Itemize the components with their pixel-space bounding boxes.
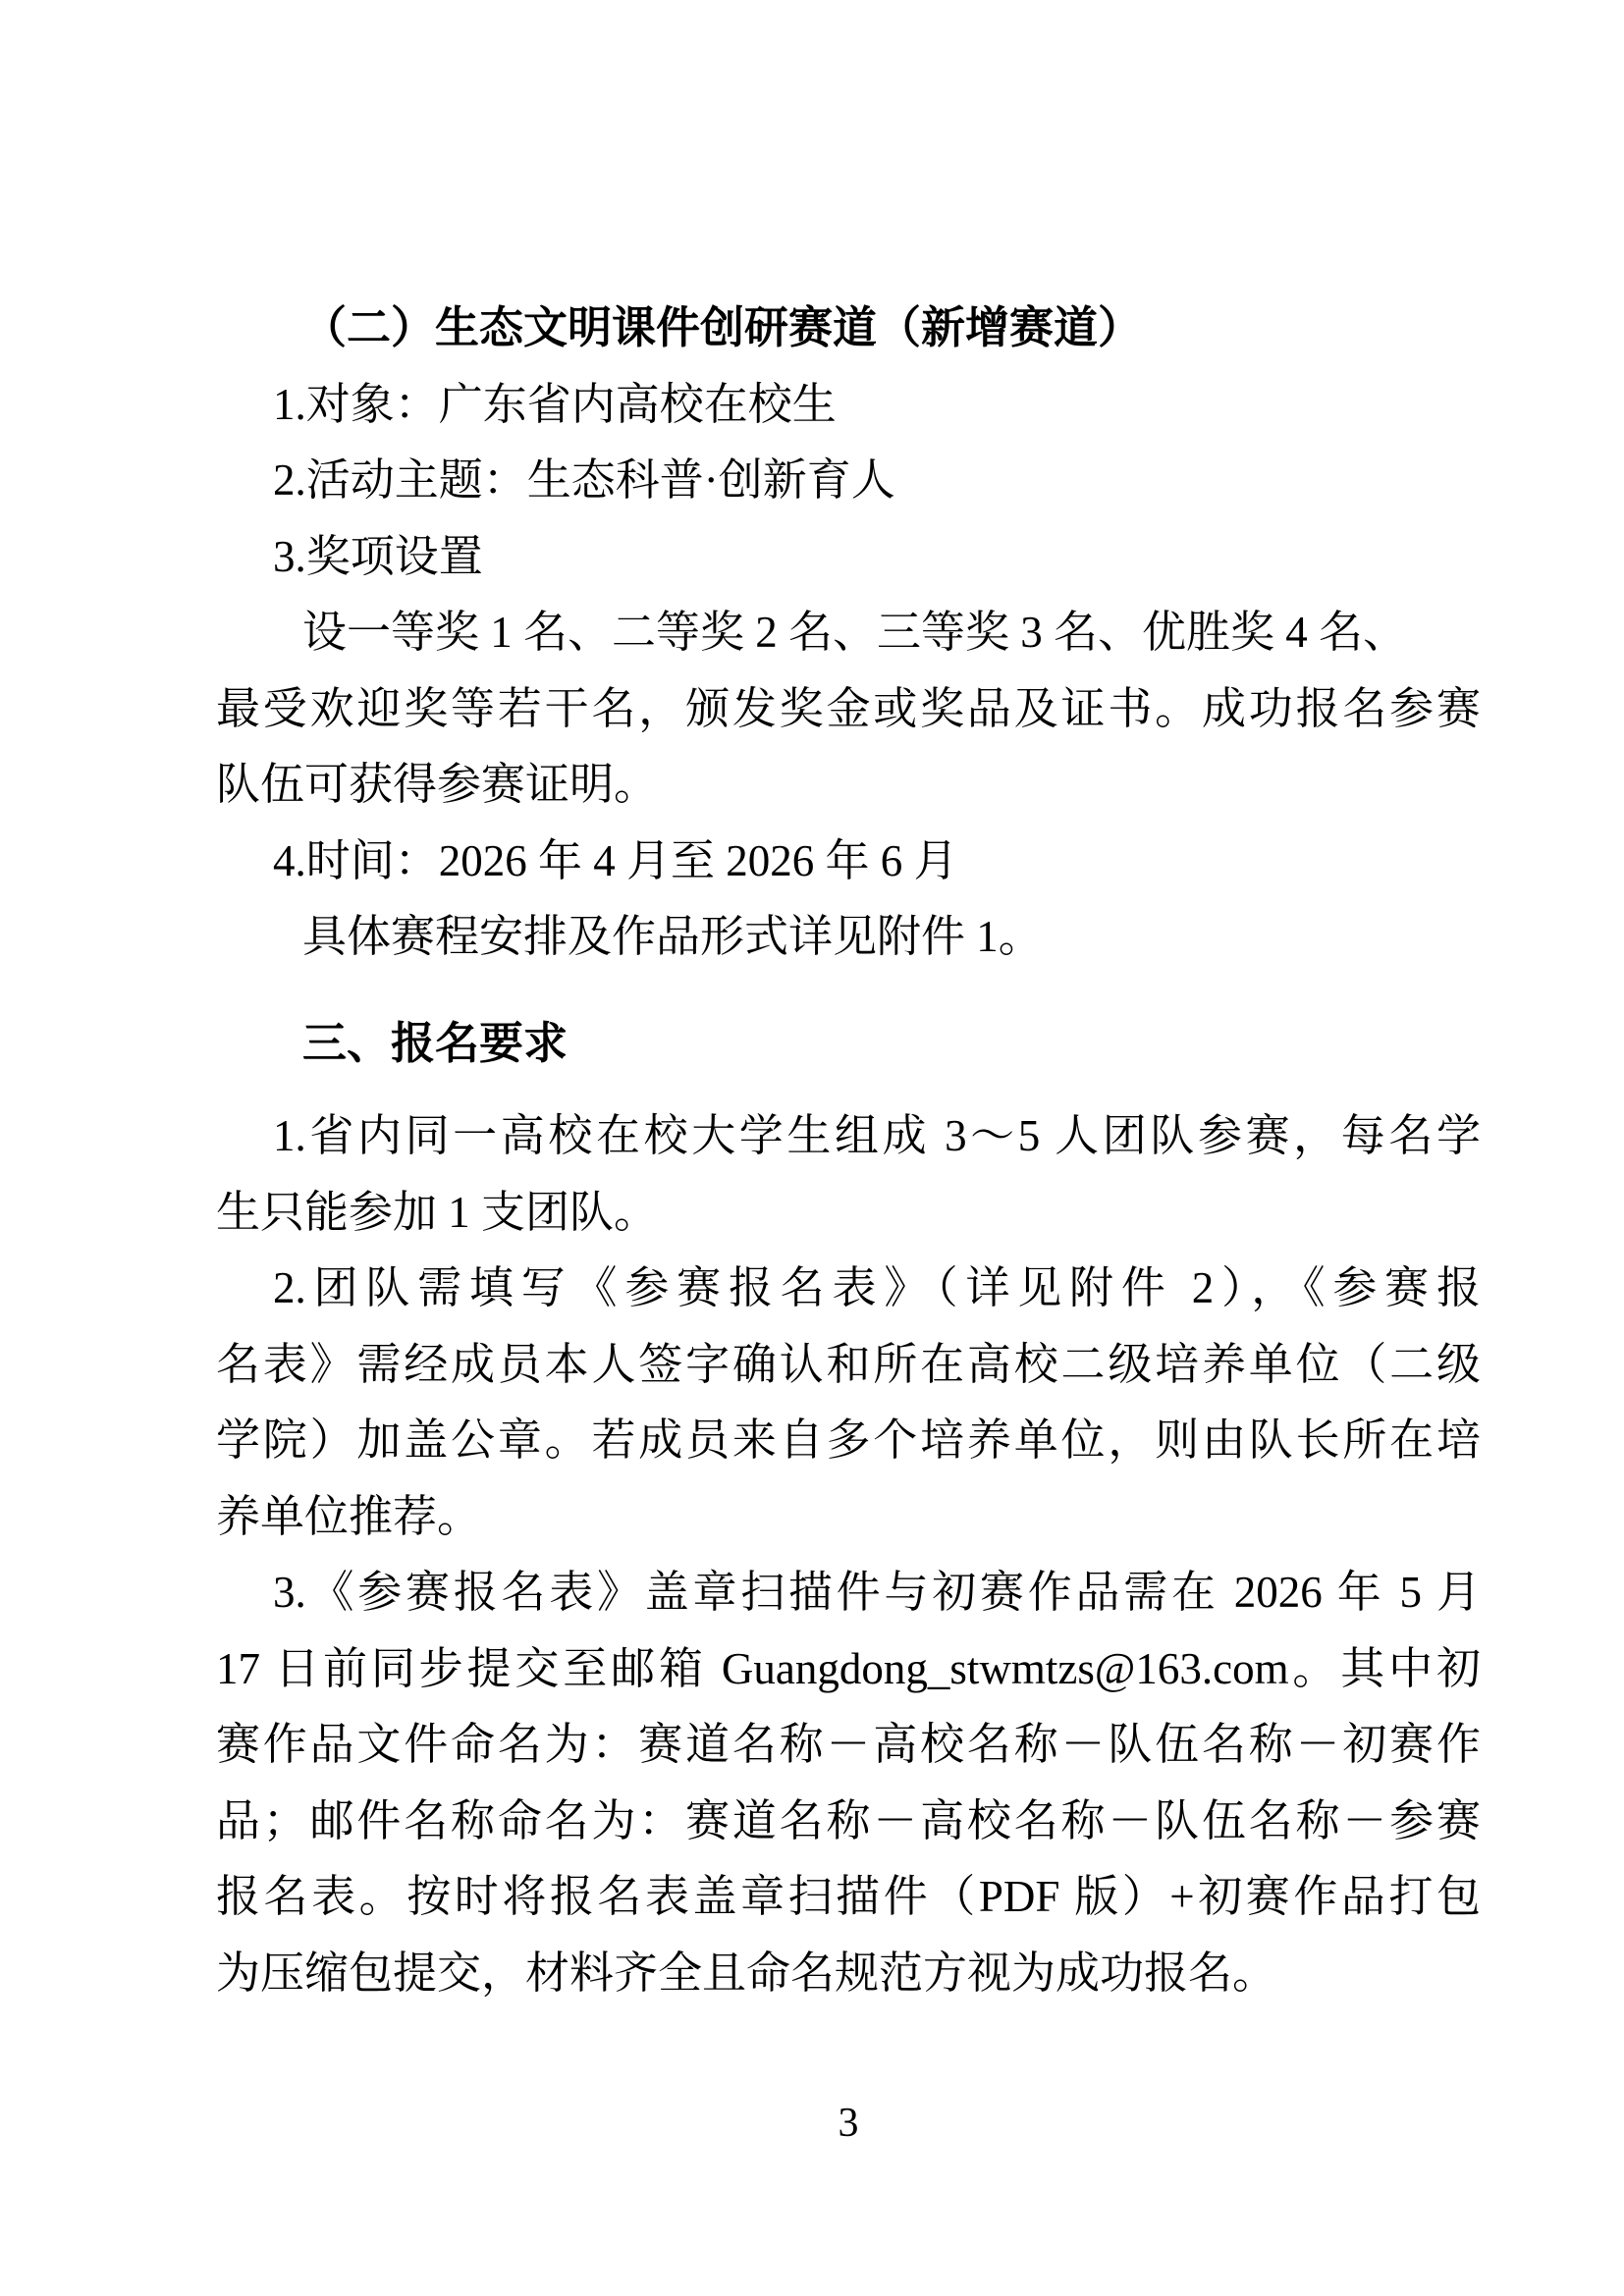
text-line: 3.《参赛报名表》盖章扫描件与初赛作品需在 2026 年 5 月	[216, 1555, 1481, 1631]
text-line: 具体赛程安排及作品形式详见附件 1。	[216, 899, 1481, 976]
document-body: （二）生态文明课件创研赛道（新增赛道） 1.对象：广东省内高校在校生 2.活动主…	[0, 0, 1624, 2163]
track-section-heading: （二）生态文明课件创研赛道（新增赛道）	[216, 291, 1481, 367]
text-line: 报名表。按时将报名表盖章扫描件（PDF 版）+初赛作品打包	[216, 1859, 1481, 1936]
text-line: 设一等奖 1 名、二等奖 2 名、三等奖 3 名、优胜奖 4 名、	[216, 595, 1481, 671]
text-line: 3.奖项设置	[216, 519, 1481, 596]
text-line: 1.省内同一高校在校大学生组成 3～5 人团队参赛，每名学	[216, 1098, 1481, 1175]
text-line: 赛作品文件命名为：赛道名称－高校名称－队伍名称－初赛作	[216, 1707, 1481, 1784]
text-line: 最受欢迎奖等若干名，颁发奖金或奖品及证书。成功报名参赛	[216, 671, 1481, 748]
text-line: 学院）加盖公章。若成员来自多个培养单位，则由队长所在培	[216, 1403, 1481, 1479]
text-line: 养单位推荐。	[216, 1479, 1481, 1556]
text-line: 1.对象：广东省内高校在校生	[216, 367, 1481, 444]
text-line: 为压缩包提交，材料齐全且命名规范方视为成功报名。	[216, 1936, 1481, 2012]
text-line: 名表》需经成员本人签字确认和所在高校二级培养单位（二级	[216, 1327, 1481, 1404]
text-line: 4.时间：2026 年 4 月至 2026 年 6 月	[216, 824, 1481, 900]
requirements-section-heading: 三、报名要求	[216, 1005, 1481, 1082]
text-line: 品；邮件名称命名为：赛道名称－高校名称－队伍名称－参赛	[216, 1784, 1481, 1860]
text-line: 2.团队需填写《参赛报名表》（详见附件 2），《参赛报	[216, 1251, 1481, 1327]
document-page: （二）生态文明课件创研赛道（新增赛道） 1.对象：广东省内高校在校生 2.活动主…	[0, 0, 1624, 2296]
text-line: 队伍可获得参赛证明。	[216, 747, 1481, 824]
text-line: 2.活动主题：生态科普·创新育人	[216, 443, 1481, 519]
text-line: 17 日前同步提交至邮箱 Guangdong_stwmtzs@163.com。其…	[216, 1631, 1481, 1708]
text-line: 生只能参加 1 支团队。	[216, 1175, 1481, 1252]
page-number: 3	[216, 2086, 1481, 2163]
